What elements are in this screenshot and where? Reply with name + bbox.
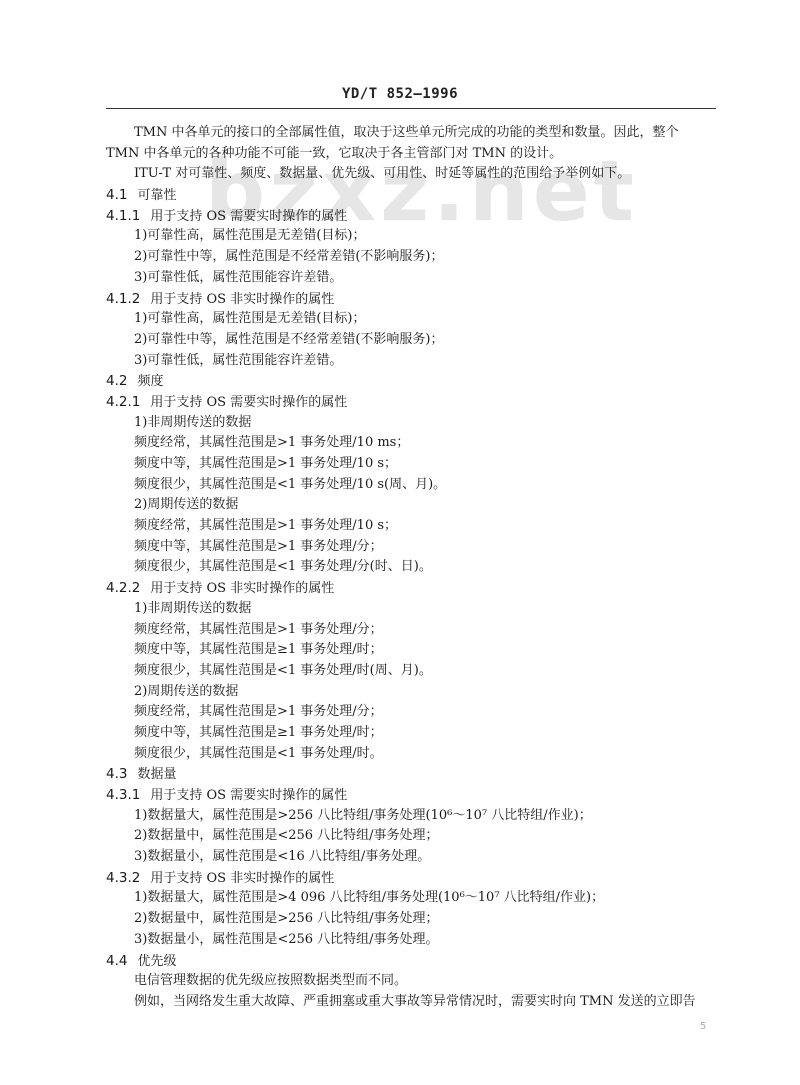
- section-number: 4.1.1: [106, 206, 140, 227]
- list-item: 频度很少，其属性范围是<1 事务处理/10 s(周、月)。: [106, 475, 721, 496]
- intro-line: TMN 中各单元的接口的全部属性值，取决于这些单元所完成的功能的类型和数量。因此…: [106, 123, 721, 144]
- section-title: 用于支持 OS 非实时操作的属性: [150, 581, 334, 596]
- section-title: 用于支持 OS 需要实时操作的属性: [150, 395, 347, 410]
- list-item: 1)数据量大，属性范围是>256 八比特组/事务处理(10⁶～10⁷ 八比特组/…: [106, 806, 721, 827]
- list-item: 频度中等，其属性范围是≥1 事务处理/时；: [106, 723, 721, 744]
- list-item: 3)数据量小，属性范围是<16 八比特组/事务处理。: [106, 847, 721, 868]
- list-item: 2)可靠性中等，属性范围是不经常差错(不影响服务)；: [106, 330, 721, 351]
- list-item: 频度中等，其属性范围是≥1 事务处理/时；: [106, 640, 721, 661]
- list-item: 1)可靠性高，属性范围是无差错(目标)；: [106, 226, 721, 247]
- list-item: 频度经常，其属性范围是>1 事务处理/10 s；: [106, 516, 721, 537]
- section-number: 4.2: [106, 371, 127, 392]
- section-title: 用于支持 OS 非实时操作的属性: [150, 292, 334, 307]
- section-number: 4.3.2: [106, 868, 140, 889]
- document-body: TMN 中各单元的接口的全部属性值，取决于这些单元所完成的功能的类型和数量。因此…: [106, 123, 721, 1013]
- list-item: 频度很少，其属性范围是<1 事务处理/时(周、月)。: [106, 661, 721, 682]
- list-item: 2)可靠性中等，属性范围是不经常差错(不影响服务)；: [106, 247, 721, 268]
- standard-code-header: YD/T 852—1996: [0, 86, 800, 102]
- section-heading-4-3-2: 4.3.2用于支持 OS 非实时操作的属性: [106, 868, 721, 889]
- paragraph: 电信管理数据的优先级应按照数据类型而不同。: [106, 971, 721, 992]
- intro-line: ITU-T 对可靠性、频度、数据量、优先级、可用性、时延等属性的范围给予举例如下…: [106, 164, 721, 185]
- section-title: 可靠性: [137, 188, 176, 203]
- section-number: 4.1.2: [106, 289, 140, 310]
- list-item: 2)数据量中，属性范围是<256 八比特组/事务处理；: [106, 826, 721, 847]
- section-heading-4-2-2: 4.2.2用于支持 OS 非实时操作的属性: [106, 578, 721, 599]
- list-item: 1)可靠性高，属性范围是无差错(目标)；: [106, 309, 721, 330]
- list-item: 频度经常，其属性范围是>1 事务处理/10 ms；: [106, 433, 721, 454]
- list-item: 2)数据量中，属性范围是>256 八比特组/事务处理；: [106, 909, 721, 930]
- list-item: 1)数据量大，属性范围是>4 096 八比特组/事务处理(10⁶～10⁷ 八比特…: [106, 888, 721, 909]
- section-title: 优先级: [137, 954, 176, 969]
- list-item: 频度经常，其属性范围是>1 事务处理/分；: [106, 702, 721, 723]
- section-number: 4.1: [106, 185, 127, 206]
- section-title: 用于支持 OS 需要实时操作的属性: [150, 209, 347, 224]
- section-number: 4.4: [106, 951, 127, 972]
- section-heading-4-3-1: 4.3.1用于支持 OS 需要实时操作的属性: [106, 785, 721, 806]
- section-heading-4-1-1: 4.1.1用于支持 OS 需要实时操作的属性: [106, 206, 721, 227]
- list-item: 2)周期传送的数据: [106, 495, 721, 516]
- list-item: 2)周期传送的数据: [106, 682, 721, 703]
- section-number: 4.3.1: [106, 785, 140, 806]
- list-item: 频度很少，其属性范围是<1 事务处理/时。: [106, 744, 721, 765]
- section-number: 4.2.1: [106, 392, 140, 413]
- section-title: 用于支持 OS 需要实时操作的属性: [150, 788, 347, 803]
- document-page: YD/T 852—1996 bzxz.net TMN 中各单元的接口的全部属性值…: [0, 0, 800, 1085]
- section-heading-4-2-1: 4.2.1用于支持 OS 需要实时操作的属性: [106, 392, 721, 413]
- list-item: 3)可靠性低，属性范围能容许差错。: [106, 351, 721, 372]
- section-heading-4-1-2: 4.1.2用于支持 OS 非实时操作的属性: [106, 289, 721, 310]
- section-number: 4.2.2: [106, 578, 140, 599]
- list-item: 频度经常，其属性范围是>1 事务处理/分；: [106, 620, 721, 641]
- section-heading-4-1: 4.1可靠性: [106, 185, 721, 206]
- section-number: 4.3: [106, 764, 127, 785]
- list-item: 1)非周期传送的数据: [106, 413, 721, 434]
- section-heading-4-3: 4.3数据量: [106, 764, 721, 785]
- intro-line: TMN 中各单元的各种功能不可能一致，它取决于各主管部门对 TMN 的设计。: [106, 144, 721, 165]
- list-item: 频度中等，其属性范围是>1 事务处理/10 s；: [106, 454, 721, 475]
- section-title: 频度: [137, 374, 163, 389]
- list-item: 3)可靠性低，属性范围能容许差错。: [106, 268, 721, 289]
- section-title: 数据量: [137, 767, 176, 782]
- paragraph: 例如，当网络发生重大故障、严重拥塞或重大事故等异常情况时，需要实时向 TMN 发…: [106, 992, 721, 1013]
- page-number: 5: [700, 1021, 706, 1032]
- header-divider: [106, 108, 716, 109]
- list-item: 1)非周期传送的数据: [106, 599, 721, 620]
- section-heading-4-4: 4.4优先级: [106, 951, 721, 972]
- section-title: 用于支持 OS 非实时操作的属性: [150, 871, 334, 886]
- list-item: 3)数据量小，属性范围是<256 八比特组/事务处理。: [106, 930, 721, 951]
- list-item: 频度很少，其属性范围是<1 事务处理/分(时、日)。: [106, 557, 721, 578]
- list-item: 频度中等，其属性范围是>1 事务处理/分；: [106, 537, 721, 558]
- section-heading-4-2: 4.2频度: [106, 371, 721, 392]
